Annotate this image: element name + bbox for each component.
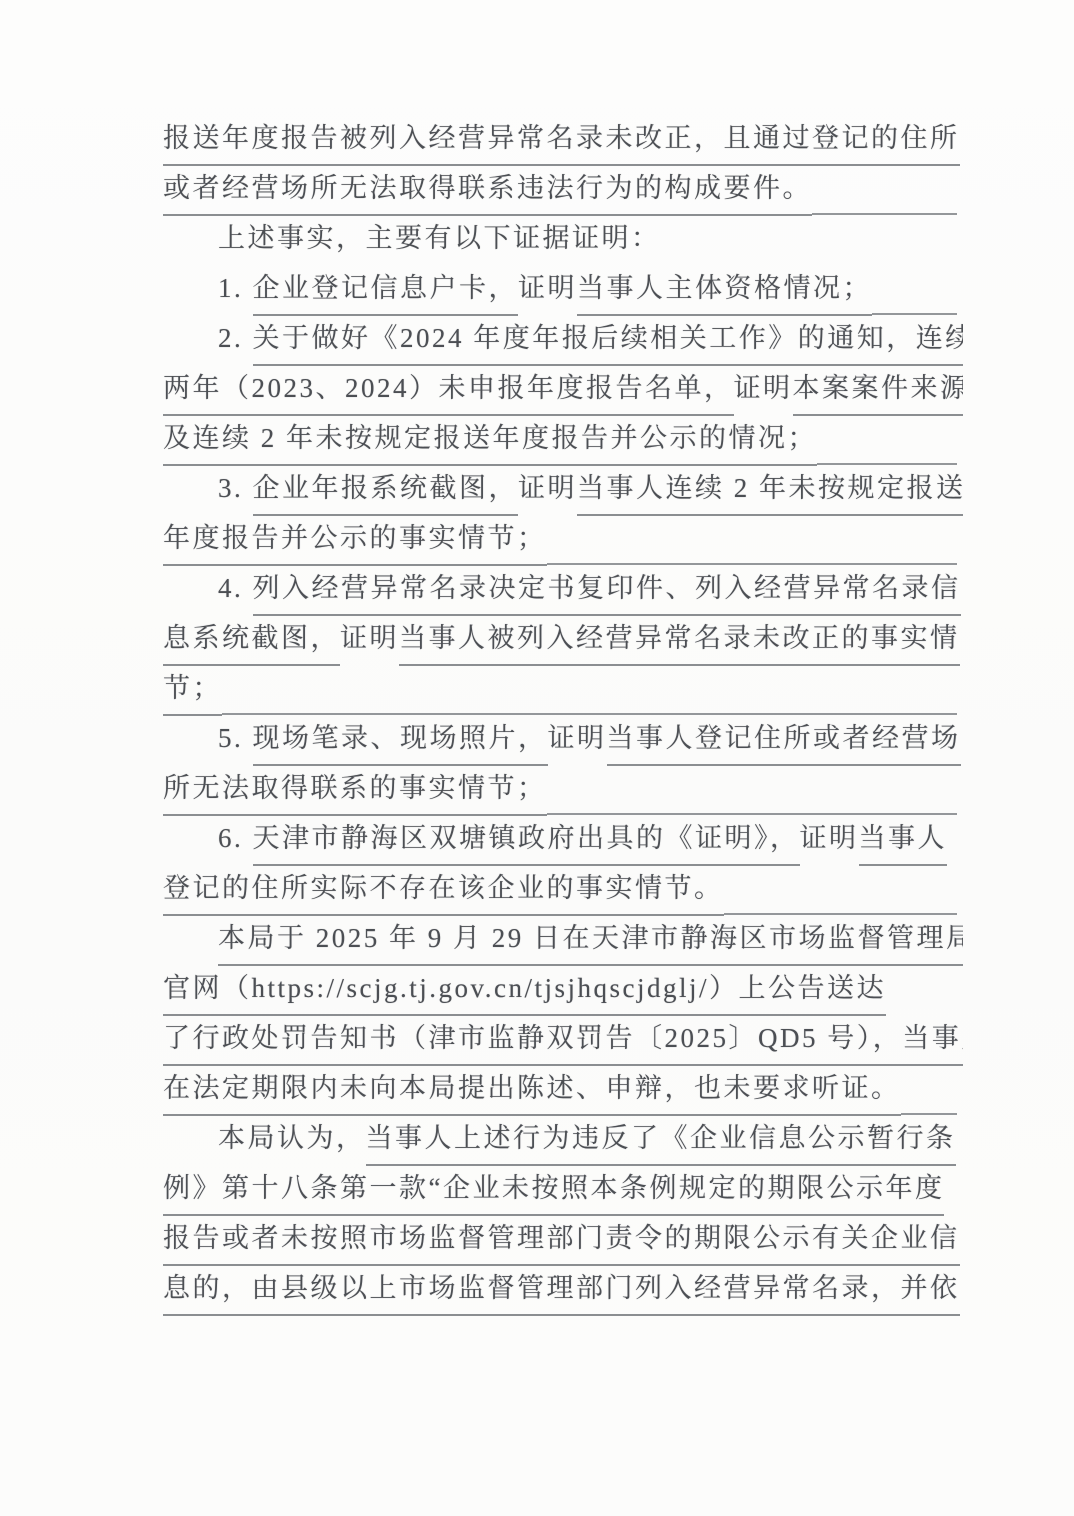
underline-tail (724, 866, 958, 915)
text-segment: 本局认为， (218, 1116, 366, 1166)
underlined-text-segment: 息系统截图， (163, 616, 340, 666)
document-line: 3. 企业年报系统截图，证明当事人连续 2 年未按规定报送 (163, 466, 963, 516)
underlined-text-segment: 报告或者未按照市场监督管理部门责令的期限公示有关企业信 (163, 1216, 960, 1266)
text-segment: 3. (218, 466, 253, 516)
document-body: 报送年度报告被列入经营异常名录未改正，且通过登记的住所或者经营场所无法取得联系违… (163, 116, 963, 1316)
document-line: 在法定期限内未向本局提出陈述、申辩，也未要求听证。 (163, 1066, 963, 1116)
underline-tail (547, 766, 958, 815)
underlined-text-segment: 企业年报系统截图， (253, 466, 519, 516)
text-segment: 6. (218, 816, 253, 866)
text-segment: 证明 (518, 266, 577, 316)
text-segment: 5. (218, 716, 253, 766)
document-line: 官网（https://scjg.tj.gov.cn/tjsjhqscjdglj/… (163, 966, 963, 1016)
underlined-text-segment: 天津市静海区双塘镇政府出具的《证明》， (253, 816, 800, 866)
document-line: 本局于 2025 年 9 月 29 日在天津市静海区市场监督管理局 (163, 916, 963, 966)
text-segment: 证明 (734, 366, 793, 416)
underlined-text-segment: 本案案件来源 (793, 366, 964, 416)
underlined-text-segment: 节； (163, 666, 222, 716)
underlined-text-segment: 年度报告并公示的事实情节； (163, 516, 547, 566)
text-segment: 证明 (800, 816, 859, 866)
underlined-text-segment: 企业登记信息户卡， (253, 266, 519, 316)
document-line: 本局认为，当事人上述行为违反了《企业信息公示暂行条 (163, 1116, 963, 1166)
document-line: 息系统截图，证明当事人被列入经营异常名录未改正的事实情 (163, 616, 963, 666)
underlined-text-segment: 当事人上述行为违反了《企业信息公示暂行条 (366, 1116, 956, 1166)
document-line: 1. 企业登记信息户卡，证明当事人主体资格情况； (163, 266, 963, 316)
underlined-text-segment: 登记的住所实际不存在该企业的事实情节。 (163, 866, 724, 916)
document-line: 节； (163, 666, 963, 716)
underlined-text-segment: 或者经营场所无法取得联系违法行为的构成要件。 (163, 166, 812, 216)
document-line: 4. 列入经营异常名录决定书复印件、列入经营异常名录信 (163, 566, 963, 616)
document-line: 上述事实，主要有以下证据证明： (163, 216, 963, 266)
underline-tail (547, 516, 958, 565)
text-segment: 证明 (340, 616, 399, 666)
document-line: 或者经营场所无法取得联系违法行为的构成要件。 (163, 166, 963, 216)
underlined-text-segment: 当事人登记住所或者经营场 (607, 716, 961, 766)
underlined-text-segment: 列入经营异常名录决定书复印件、列入经营异常名录信 (253, 566, 961, 616)
document-line: 登记的住所实际不存在该企业的事实情节。 (163, 866, 963, 916)
document-line: 息的，由县级以上市场监督管理部门列入经营异常名录，并依 (163, 1266, 963, 1316)
text-segment: 证明 (548, 716, 607, 766)
underlined-text-segment: 当事人 (859, 816, 948, 866)
underlined-text-segment: 例》第十八条第一款“企业未按照本条例规定的期限公示年度 (163, 1166, 944, 1216)
document-line: 5. 现场笔录、现场照片，证明当事人登记住所或者经营场 (163, 716, 963, 766)
underline-tail (222, 666, 957, 715)
document-line: 所无法取得联系的事实情节； (163, 766, 963, 816)
text-segment: 证明 (518, 466, 577, 516)
scanned-document-page: 报送年度报告被列入经营异常名录未改正，且通过登记的住所或者经营场所无法取得联系违… (0, 0, 1074, 1516)
document-line: 例》第十八条第一款“企业未按照本条例规定的期限公示年度 (163, 1166, 963, 1216)
document-line: 及连续 2 年未按规定报送年度报告并公示的情况； (163, 416, 963, 466)
document-line: 了行政处罚告知书（津市监静双罚告〔2025〕QD5 号），当事人 (163, 1016, 963, 1066)
document-line: 2. 关于做好《2024 年度年报后续相关工作》的通知，连续 (163, 316, 963, 366)
underlined-text-segment: 在法定期限内未向本局提出陈述、申辩，也未要求听证。 (163, 1066, 901, 1116)
underlined-text-segment: 现场笔录、现场照片， (253, 716, 548, 766)
text-segment: 1. (218, 266, 253, 316)
underlined-text-segment: 所无法取得联系的事实情节； (163, 766, 547, 816)
underlined-text-segment: 当事人主体资格情况； (577, 266, 872, 316)
text-segment: 4. (218, 566, 253, 616)
underlined-text-segment: 本局于 2025 年 9 月 29 日在天津市静海区市场监督管理局 (218, 916, 963, 966)
underlined-text-segment: 息的，由县级以上市场监督管理部门列入经营异常名录，并依 (163, 1266, 960, 1316)
underlined-text-segment: 官网（https://scjg.tj.gov.cn/tjsjhqscjdglj/… (163, 966, 886, 1016)
text-segment: 2. (218, 316, 253, 366)
underline-tail (817, 416, 957, 465)
underlined-text-segment: 当事人连续 2 年未按规定报送 (577, 466, 963, 516)
underline-tail (901, 1066, 958, 1115)
underlined-text-segment: 当事人被列入经营异常名录未改正的事实情 (399, 616, 960, 666)
document-line: 报送年度报告被列入经营异常名录未改正，且通过登记的住所 (163, 116, 963, 166)
underlined-text-segment: 关于做好《2024 年度年报后续相关工作》的通知，连续 (253, 316, 964, 366)
document-line: 报告或者未按照市场监督管理部门责令的期限公示有关企业信 (163, 1216, 963, 1266)
underlined-text-segment: 报送年度报告被列入经营异常名录未改正，且通过登记的住所 (163, 116, 960, 166)
underlined-text-segment: 两年（2023、2024）未申报年度报告名单， (163, 366, 734, 416)
document-line: 两年（2023、2024）未申报年度报告名单，证明本案案件来源 (163, 366, 963, 416)
underlined-text-segment: 及连续 2 年未按规定报送年度报告并公示的情况； (163, 416, 817, 466)
underline-tail (812, 166, 957, 215)
document-line: 年度报告并公示的事实情节； (163, 516, 963, 566)
document-line: 6. 天津市静海区双塘镇政府出具的《证明》，证明当事人 (163, 816, 963, 866)
underlined-text-segment: 了行政处罚告知书（津市监静双罚告〔2025〕QD5 号），当事人 (163, 1016, 963, 1066)
text-segment: 上述事实，主要有以下证据证明： (218, 216, 661, 266)
underline-tail (872, 266, 957, 315)
